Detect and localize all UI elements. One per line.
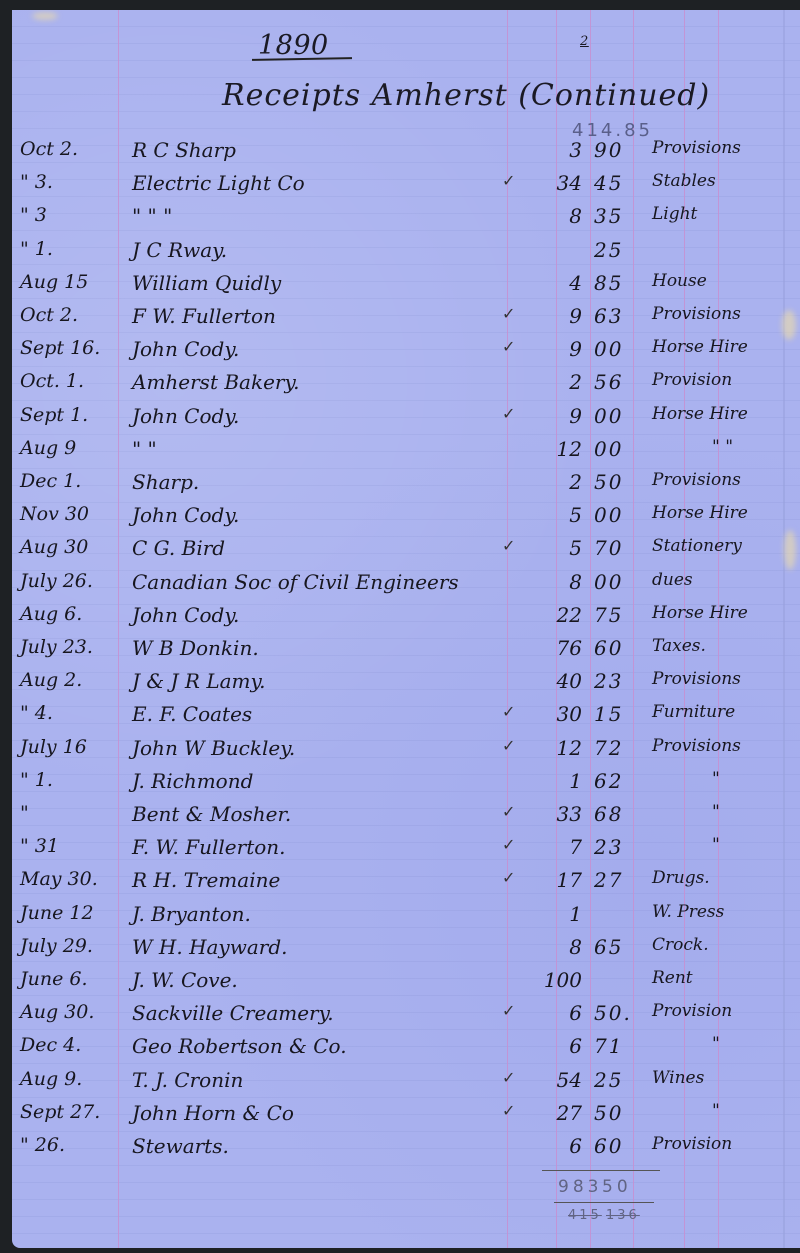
entry-cents: 60 — [594, 1134, 632, 1158]
ledger-row: " Bent & Mosher. ✓ 33 68 " — [12, 802, 800, 835]
ledger-row: " 3 " " " 8 35 Light — [12, 204, 800, 237]
ledger-row: Sept 16. John Cody. ✓ 9 00 Horse Hire — [12, 337, 800, 370]
entry-category: " — [712, 835, 720, 855]
entry-dollars: 100 — [532, 968, 582, 992]
entry-date: Aug 9. — [20, 1068, 116, 1090]
entry-date: Nov 30 — [20, 503, 116, 525]
entry-dollars: 17 — [532, 868, 582, 892]
entry-dollars: 30 — [532, 702, 582, 726]
entry-dollars: 7 — [532, 835, 582, 859]
entry-cents: 35 — [594, 204, 632, 228]
entry-date: Oct 2. — [20, 304, 116, 326]
entry-date: " 26. — [20, 1134, 116, 1156]
entry-dollars: 6 — [532, 1034, 582, 1058]
entry-date: " — [20, 802, 116, 824]
entry-payee: J. Richmond — [132, 769, 253, 793]
entry-payee: John Horn & Co — [132, 1101, 294, 1125]
entry-cents: 63 — [594, 304, 632, 328]
entry-category: " — [712, 769, 720, 789]
checkmark-icon: ✓ — [502, 171, 515, 190]
entry-cents: 00 — [594, 337, 632, 361]
entry-dollars: 2 — [532, 470, 582, 494]
entry-payee: E. F. Coates — [132, 702, 252, 726]
entry-dollars: 76 — [532, 636, 582, 660]
ledger-row: June 6. J. W. Cove. 100 Rent — [12, 968, 800, 1001]
ledger-row: Nov 30 John Cody. 5 00 Horse Hire — [12, 503, 800, 536]
entry-category: Horse Hire — [652, 337, 748, 357]
entry-payee: Geo Robertson & Co. — [132, 1034, 347, 1058]
entry-date: Aug 6. — [20, 603, 116, 625]
ledger-row: Dec 4. Geo Robertson & Co. 6 71 " — [12, 1034, 800, 1067]
entry-date: July 29. — [20, 935, 116, 957]
entry-payee: William Quidly — [132, 271, 281, 295]
entry-dollars: 5 — [532, 536, 582, 560]
checkmark-icon: ✓ — [502, 802, 515, 821]
ledger-row: Sept 1. John Cody. ✓ 9 00 Horse Hire — [12, 404, 800, 437]
entry-category: Provisions — [652, 669, 741, 689]
entry-payee: Amherst Bakery. — [132, 370, 299, 394]
entry-date: Oct 2. — [20, 138, 116, 160]
ledger-row: Aug 15 William Quidly 4 85 House — [12, 271, 800, 304]
entry-payee: F. W. Fullerton. — [132, 835, 286, 859]
entry-payee: J. Bryanton. — [132, 902, 251, 926]
entry-date: Sept 27. — [20, 1101, 116, 1123]
entry-dollars: 5 — [532, 503, 582, 527]
entry-category: Stationery — [652, 536, 742, 556]
entry-cents: 68 — [594, 802, 632, 826]
page-title: Receipts Amherst (Continued) — [222, 78, 710, 113]
ledger-row: Dec 1. Sharp. 2 50 Provisions — [12, 470, 800, 503]
entry-cents: 27 — [594, 868, 632, 892]
entry-payee: W H. Hayward. — [132, 935, 288, 959]
entry-cents: 71 — [594, 1034, 632, 1058]
entry-category: Provisions — [652, 304, 741, 324]
ledger-row: Aug 6. John Cody. 22 75 Horse Hire — [12, 603, 800, 636]
checkmark-icon: ✓ — [502, 337, 515, 356]
struck-cents: 136 — [606, 1208, 640, 1223]
ledger-row: Sept 27. John Horn & Co ✓ 27 50 " — [12, 1101, 800, 1134]
entry-payee: John Cody. — [132, 337, 239, 361]
entry-date: " 1. — [20, 769, 116, 791]
entry-date: May 30. — [20, 868, 116, 890]
entry-dollars: 27 — [532, 1101, 582, 1125]
entry-category: Taxes. — [652, 636, 706, 656]
entry-payee: Electric Light Co — [132, 171, 305, 195]
entry-date: Aug 2. — [20, 669, 116, 691]
totals-rule — [542, 1170, 660, 1171]
entry-category: " — [712, 1034, 720, 1054]
entry-category: Provision — [652, 1134, 732, 1154]
ledger-row: June 12 J. Bryanton. 1 W. Press — [12, 902, 800, 935]
entry-category: " " — [712, 437, 733, 457]
checkmark-icon: ✓ — [502, 1001, 515, 1020]
entry-payee: J C Rway. — [132, 238, 227, 262]
entry-cents: 50 — [594, 470, 632, 494]
checkmark-icon: ✓ — [502, 835, 515, 854]
entry-payee: J. W. Cove. — [132, 968, 238, 992]
entry-category: Provisions — [652, 470, 741, 490]
ledger-row: July 16 John W Buckley. ✓ 12 72 Provisio… — [12, 736, 800, 769]
entry-payee: John W Buckley. — [132, 736, 295, 760]
entry-category: Provisions — [652, 138, 741, 158]
entry-cents: 85 — [594, 271, 632, 295]
entry-date: July 26. — [20, 570, 116, 592]
entry-cents: 60 — [594, 636, 632, 660]
entry-cents: 90 — [594, 138, 632, 162]
ledger-row: Aug 9. T. J. Cronin ✓ 54 25 Wines — [12, 1068, 800, 1101]
entry-dollars: 1 — [532, 769, 582, 793]
entry-date: Aug 15 — [20, 271, 116, 293]
entry-cents: 15 — [594, 702, 632, 726]
entry-dollars: 9 — [532, 304, 582, 328]
entry-cents: 00 — [594, 404, 632, 428]
struck-dollars: 415 — [568, 1208, 602, 1223]
entry-category: Rent — [652, 968, 693, 988]
entry-date: Sept 16. — [20, 337, 116, 359]
ledger-row: Aug 2. J & J R Lamy. 40 23 Provisions — [12, 669, 800, 702]
entry-category: " — [712, 802, 720, 822]
entry-category: Horse Hire — [652, 404, 748, 424]
entry-category: Horse Hire — [652, 503, 748, 523]
entry-date: Dec 4. — [20, 1034, 116, 1056]
entry-date: July 23. — [20, 636, 116, 658]
checkmark-icon: ✓ — [502, 736, 515, 755]
ledger-row: July 29. W H. Hayward. 8 65 Crock. — [12, 935, 800, 968]
ledger-page: 1890 2 Receipts Amherst (Continued) 414.… — [12, 10, 800, 1248]
entry-cents: 62 — [594, 769, 632, 793]
entry-payee: Canadian Soc of Civil Engineers — [132, 570, 459, 594]
entry-category: Horse Hire — [652, 603, 748, 623]
entry-category: W. Press — [652, 902, 724, 922]
entry-dollars: 33 — [532, 802, 582, 826]
entry-date: June 6. — [20, 968, 116, 990]
entry-cents: 70 — [594, 536, 632, 560]
entry-cents: 72 — [594, 736, 632, 760]
entry-date: June 12 — [20, 902, 116, 924]
ledger-row: Aug 30 C G. Bird ✓ 5 70 Stationery — [12, 536, 800, 569]
entry-payee: " " — [132, 437, 157, 461]
entry-payee: Stewarts. — [132, 1134, 229, 1158]
page-number: 2 — [580, 34, 589, 49]
entry-category: Furniture — [652, 702, 735, 722]
entry-payee: J & J R Lamy. — [132, 669, 266, 693]
entry-payee: C G. Bird — [132, 536, 225, 560]
ledger-row: " 4. E. F. Coates ✓ 30 15 Furniture — [12, 702, 800, 735]
entry-category: Provision — [652, 1001, 732, 1021]
entry-category: Stables — [652, 171, 716, 191]
entry-payee: John Cody. — [132, 503, 239, 527]
entry-dollars: 6 — [532, 1001, 582, 1025]
entry-payee: Sackville Creamery. — [132, 1001, 334, 1025]
ledger-row: July 26. Canadian Soc of Civil Engineers… — [12, 570, 800, 603]
entry-category: House — [652, 271, 707, 291]
paper-stain — [32, 12, 58, 20]
year-heading: 1890 — [258, 30, 329, 61]
entry-cents: 23 — [594, 669, 632, 693]
entry-dollars: 6 — [532, 1134, 582, 1158]
entry-date: " 1. — [20, 238, 116, 260]
entry-cents: 65 — [594, 935, 632, 959]
entry-date: Aug 9 — [20, 437, 116, 459]
entry-dollars: 8 — [532, 570, 582, 594]
entry-cents: 00 — [594, 437, 632, 461]
entry-dollars: 54 — [532, 1068, 582, 1092]
entry-category: Drugs. — [652, 868, 710, 888]
entry-payee: Sharp. — [132, 470, 199, 494]
entry-dollars: 1 — [532, 902, 582, 926]
ledger-row: Aug 9 " " 12 00 " " — [12, 437, 800, 470]
entry-category: Light — [652, 204, 697, 224]
ledger-row: Oct 2. F W. Fullerton ✓ 9 63 Provisions — [12, 304, 800, 337]
entry-payee: John Cody. — [132, 603, 239, 627]
entry-dollars: 40 — [532, 669, 582, 693]
checkmark-icon: ✓ — [502, 1068, 515, 1087]
entry-dollars: 9 — [532, 404, 582, 428]
entry-cents: 25 — [594, 1068, 632, 1092]
entry-dollars: 9 — [532, 337, 582, 361]
checkmark-icon: ✓ — [502, 304, 515, 323]
entry-date: Sept 1. — [20, 404, 116, 426]
entry-category: dues — [652, 570, 693, 590]
checkmark-icon: ✓ — [502, 536, 515, 555]
ledger-row: " 3. Electric Light Co ✓ 34 45 Stables — [12, 171, 800, 204]
sum-cents: 50 — [602, 1177, 632, 1197]
entry-dollars: 12 — [532, 736, 582, 760]
entry-payee: T. J. Cronin — [132, 1068, 243, 1092]
ledger-row: Aug 30. Sackville Creamery. ✓ 6 50. Prov… — [12, 1001, 800, 1034]
entry-dollars: 34 — [532, 171, 582, 195]
entry-cents: 00 — [594, 503, 632, 527]
entry-dollars: 8 — [532, 935, 582, 959]
checkmark-icon: ✓ — [502, 1101, 515, 1120]
entry-date: Aug 30. — [20, 1001, 116, 1023]
entry-cents: 00 — [594, 570, 632, 594]
entry-date: July 16 — [20, 736, 116, 758]
entry-cents: 45 — [594, 171, 632, 195]
ledger-row: Oct 2. R C Sharp 3 90 Provisions — [12, 138, 800, 171]
entry-cents: 56 — [594, 370, 632, 394]
entry-date: Dec 1. — [20, 470, 116, 492]
entry-payee: " " " — [132, 204, 172, 228]
ledger-row: July 23. W B Donkin. 76 60 Taxes. — [12, 636, 800, 669]
entry-cents: 50. — [594, 1001, 632, 1025]
entry-payee: R H. Tremaine — [132, 868, 280, 892]
entry-payee: W B Donkin. — [132, 636, 259, 660]
ledger-row: " 26. Stewarts. 6 60 Provision — [12, 1134, 800, 1167]
entry-payee: Bent & Mosher. — [132, 802, 291, 826]
entry-dollars: 4 — [532, 271, 582, 295]
entry-date: " 3 — [20, 204, 116, 226]
entry-category: Wines — [652, 1068, 704, 1088]
entry-cents: 50 — [594, 1101, 632, 1125]
checkmark-icon: ✓ — [502, 868, 515, 887]
checkmark-icon: ✓ — [502, 702, 515, 721]
entry-date: " 3. — [20, 171, 116, 193]
entry-dollars: 3 — [532, 138, 582, 162]
totals-underline — [554, 1202, 654, 1203]
entry-category: Provisions — [652, 736, 741, 756]
entry-category: Crock. — [652, 935, 709, 955]
ledger-row: " 1. J. Richmond 1 62 " — [12, 769, 800, 802]
entry-category: " — [712, 1101, 720, 1121]
entry-date: " 4. — [20, 702, 116, 724]
checkmark-icon: ✓ — [502, 404, 515, 423]
sum-dollars: 983 — [558, 1177, 602, 1197]
entry-cents: 23 — [594, 835, 632, 859]
ledger-row: " 1. J C Rway. 25 — [12, 238, 800, 271]
entry-date: Oct. 1. — [20, 370, 116, 392]
entry-dollars: 8 — [532, 204, 582, 228]
entry-dollars: 22 — [532, 603, 582, 627]
ledger-row: Oct. 1. Amherst Bakery. 2 56 Provision — [12, 370, 800, 403]
ledger-row: May 30. R H. Tremaine ✓ 17 27 Drugs. — [12, 868, 800, 901]
entry-dollars: 12 — [532, 437, 582, 461]
entry-category: Provision — [652, 370, 732, 390]
ledger-row: " 31 F. W. Fullerton. ✓ 7 23 " — [12, 835, 800, 868]
entry-date: " 31 — [20, 835, 116, 857]
entry-payee: John Cody. — [132, 404, 239, 428]
entry-payee: F W. Fullerton — [132, 304, 276, 328]
entry-cents: 75 — [594, 603, 632, 627]
entry-cents: 25 — [594, 238, 632, 262]
entry-dollars: 2 — [532, 370, 582, 394]
entry-date: Aug 30 — [20, 536, 116, 558]
entry-payee: R C Sharp — [132, 138, 236, 162]
